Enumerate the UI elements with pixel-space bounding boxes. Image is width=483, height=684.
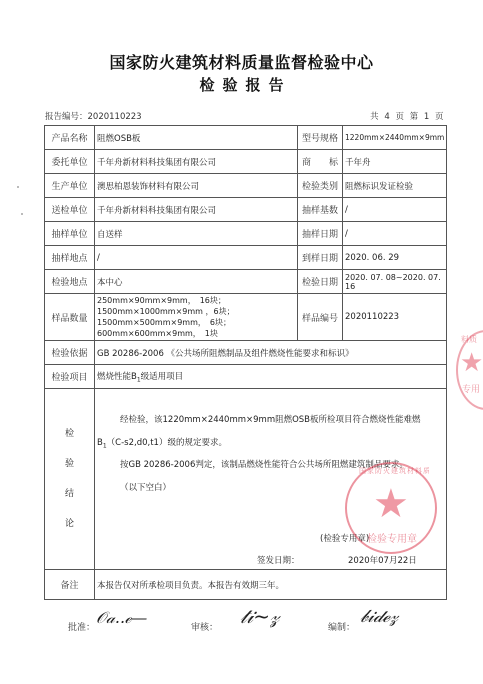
star-icon: ★ [373, 484, 409, 524]
report-number-label: 报告编号： [45, 112, 88, 122]
label-submitter: 送检单位 [45, 198, 95, 222]
scan-speck [21, 213, 23, 215]
label-sample-no: 样品编号 [298, 294, 343, 341]
value-test-place: 本中心 [95, 270, 298, 294]
value-arrival-date: 2020. 06. 29 [343, 246, 447, 270]
review-signature: 𝓉𝒾~𝓏 [240, 604, 279, 628]
institution-title: 国家防火建筑材料质量监督检验中心 [0, 50, 483, 73]
table-row: 检验依据 GB 20286-2006 《公共场所阻燃制品及组件燃烧性能要求和标识… [45, 341, 447, 365]
label-sampling-base: 抽样基数 [298, 198, 343, 222]
test-items-text-end: 级适用项目 [141, 372, 184, 382]
conclusion-label-char: 检 [47, 419, 92, 449]
report-title: 检验报告 [0, 74, 483, 95]
label-test-basis: 检验依据 [45, 341, 95, 365]
table-row: 检验项目 燃烧性能B1级适用项目 [45, 365, 447, 389]
label-client: 委托单位 [45, 150, 95, 174]
conclusion-label-char: 结 [47, 479, 92, 509]
value-test-type: 阻燃标识发证检验 [343, 174, 447, 198]
issue-date-label: 签发日期： [257, 554, 300, 566]
value-sampling-unit: 自送样 [95, 222, 298, 246]
label-test-place: 检验地点 [45, 270, 95, 294]
label-test-type: 检验类别 [298, 174, 343, 198]
official-seal: 国家防火建筑材料质量监督检验中心 ★ 检验专用章 [345, 462, 437, 554]
label-arrival-date: 到样日期 [298, 246, 343, 270]
value-sampling-date: / [343, 222, 447, 246]
conclusion-line-2: B1（C-s2,d0,t1）级的规定要求。 [97, 436, 227, 450]
label-sampling-unit: 抽样单位 [45, 222, 95, 246]
approve-signature: 𝒪𝒶..ℯ— [96, 608, 147, 628]
label-sample-qty: 样品数量 [45, 294, 95, 341]
table-row: 生产单位 澳思柏恩装饰材料有限公司 检验类别 阻燃标识发证检验 [45, 174, 447, 198]
conclusion-grade-detail: （C-s2,d0,t1）级的规定要求。 [107, 438, 227, 448]
value-remarks: 本报告仅对所承检项目负责。本报告有效期三年。 [95, 570, 447, 600]
approve-label: 批准： [68, 620, 95, 633]
label-model-spec: 型号规格 [298, 126, 343, 150]
value-trademark: 千年舟 [343, 150, 447, 174]
report-number-value: 2020110223 [88, 112, 142, 122]
compile-signature: 𝒷𝒾𝒹ℯ𝓏 [360, 606, 398, 627]
value-manufacturer: 澳思柏恩装饰材料有限公司 [95, 174, 298, 198]
value-sample-qty: 250mm×90mm×9mm， 16块；1500mm×1000mm×9mm ，6… [95, 294, 298, 341]
value-sampling-base: / [343, 198, 447, 222]
value-sample-no: 2020110223 [343, 294, 447, 341]
compile-label: 编制： [328, 620, 355, 633]
label-trademark: 商 标 [298, 150, 343, 174]
conclusion-line-4: （以下空白） [120, 481, 171, 493]
table-row: 委托单位 千年舟新材料科技集团有限公司 商 标 千年舟 [45, 150, 447, 174]
partial-seal-bottom-text: 专用 [462, 382, 480, 395]
label-manufacturer: 生产单位 [45, 174, 95, 198]
star-icon: ★ [460, 348, 483, 378]
seal-bottom-text: 检验专用章 [367, 530, 417, 545]
label-product-name: 产品名称 [45, 126, 95, 150]
partial-seal-top-text: 料质 [461, 334, 477, 345]
label-sampling-date: 抽样日期 [298, 222, 343, 246]
seal-ring-text: 国家防火建筑材料质量监督检验中心 [359, 466, 429, 476]
table-row: 检验地点 本中心 检验日期 2020. 07. 08~2020. 07. 16 [45, 270, 447, 294]
label-test-items: 检验项目 [45, 365, 95, 389]
conclusion-label-char: 论 [47, 509, 92, 539]
table-row: 抽样地点 / 到样日期 2020. 06. 29 [45, 246, 447, 270]
conclusion-label-char: 验 [47, 449, 92, 479]
page-info: 共 4 页 第 1 页 [370, 110, 445, 122]
table-row: 样品数量 250mm×90mm×9mm， 16块；1500mm×1000mm×9… [45, 294, 447, 341]
conclusion-line-1: 经检验，该1220mm×2440mm×9mm阻燃OSB板所检项目符合燃烧性能难燃 [120, 413, 421, 425]
table-row: 抽样单位 自送样 抽样日期 / [45, 222, 447, 246]
table-row: 产品名称 阻燃OSB板 型号规格 1220mm×2440mm×9mm [45, 126, 447, 150]
value-client: 千年舟新材料科技集团有限公司 [95, 150, 298, 174]
value-submitter: 千年舟新材料科技集团有限公司 [95, 198, 298, 222]
table-row: 备注 本报告仅对所承检项目负责。本报告有效期三年。 [45, 570, 447, 600]
test-items-text: 燃烧性能B [97, 372, 137, 382]
review-label: 审核： [191, 620, 218, 633]
label-remarks: 备注 [45, 570, 95, 600]
partial-seal: 料质 ★ 专用 [456, 330, 483, 410]
value-sampling-place: / [95, 246, 298, 270]
report-number: 报告编号：2020110223 [45, 110, 142, 122]
table-row: 送检单位 千年舟新材料科技集团有限公司 抽样基数 / [45, 198, 447, 222]
value-test-basis: GB 20286-2006 《公共场所阻燃制品及组件燃烧性能要求和标识》 [95, 341, 447, 365]
value-test-date: 2020. 07. 08~2020. 07. 16 [343, 270, 447, 294]
label-conclusion: 检 验 结 论 [45, 389, 95, 570]
value-test-items: 燃烧性能B1级适用项目 [95, 365, 447, 389]
value-product-name: 阻燃OSB板 [95, 126, 298, 150]
issue-date: 2020年07月22日 [348, 554, 417, 566]
label-sampling-place: 抽样地点 [45, 246, 95, 270]
scan-speck [17, 186, 19, 188]
value-model-spec: 1220mm×2440mm×9mm [343, 126, 447, 150]
label-test-date: 检验日期 [298, 270, 343, 294]
